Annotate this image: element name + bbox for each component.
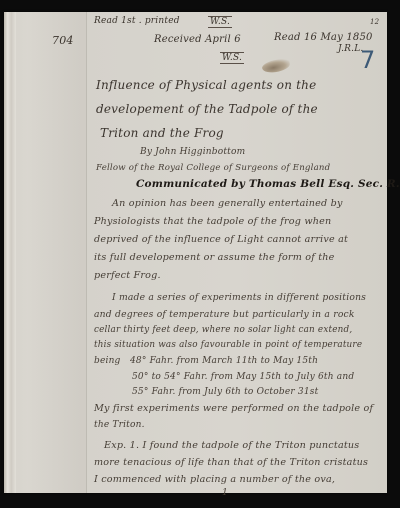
corner-mark: 12 [370,18,379,26]
paragraph-1-line-2: Physiologists that the tadpole of the fr… [94,216,331,227]
title-line-3: Triton and the Frog [100,126,224,140]
paragraph-2-line-3: cellar thirty feet deep, where no solar … [94,325,352,335]
margin-rule [86,12,87,493]
top-note-initials: W.S. [208,16,232,28]
read-date: Read 16 May 1850 [274,32,373,43]
temperature-line-2: 50° to 54° Fahr. from May 15th to July 6… [132,372,354,382]
page-edge [4,12,16,493]
title-line-2: developement of the Tadpole of the [96,102,318,116]
temperature-line-3: 55° Fahr. from July 6th to October 31st [132,387,318,397]
temperature-line-1: 48° Fahr. from March 11th to May 15th [130,356,318,366]
communicated-by: Communicated by Thomas Bell Esq. Sec. R.… [136,178,400,190]
catalogue-number: 704 [52,34,74,47]
paragraph-1-line-3: deprived of the influence of Light canno… [94,234,348,245]
experiment-line-1: Exp. 1. I found the tadpole of the Trito… [104,440,359,451]
ink-smudge [261,57,291,75]
paragraph-1-line-4: its full developement or assume the form… [94,252,335,263]
margin-shadow [16,12,86,493]
experiment-line-2: more tenacious of life than that of the … [94,457,368,468]
paragraph-2-line-4: this situation was also favourable in po… [94,340,362,350]
paragraph-1-line-1: An opinion has been generally entertaine… [112,198,343,209]
top-note: Read 1st . printed [94,16,180,26]
author: By John Higginbottom [140,147,245,157]
manuscript-page: Read 1st . printed W.S. 704 Received Apr… [4,12,387,493]
title-line-1: Influence of Physical agents on the [96,78,316,92]
page-mark: 1 [222,488,228,498]
received-initials: W.S. [220,52,244,64]
paragraph-1-line-5: perfect Frog. [94,270,161,281]
paragraph-2-line-2: and degrees of temperature but particula… [94,309,355,320]
experiment-line-3: I commenced with placing a number of the… [94,474,335,485]
received-note: Received April 6 [154,34,241,45]
closing-line-1: My first experiments were performed on t… [94,403,373,414]
temperature-label: being [94,356,121,366]
paragraph-2-line-1: I made a series of experiments in differ… [112,292,366,303]
affiliation: Fellow of the Royal College of Surgeons … [96,163,330,173]
closing-line-2: the Triton. [94,420,145,430]
folio-number: 7 [360,46,375,74]
